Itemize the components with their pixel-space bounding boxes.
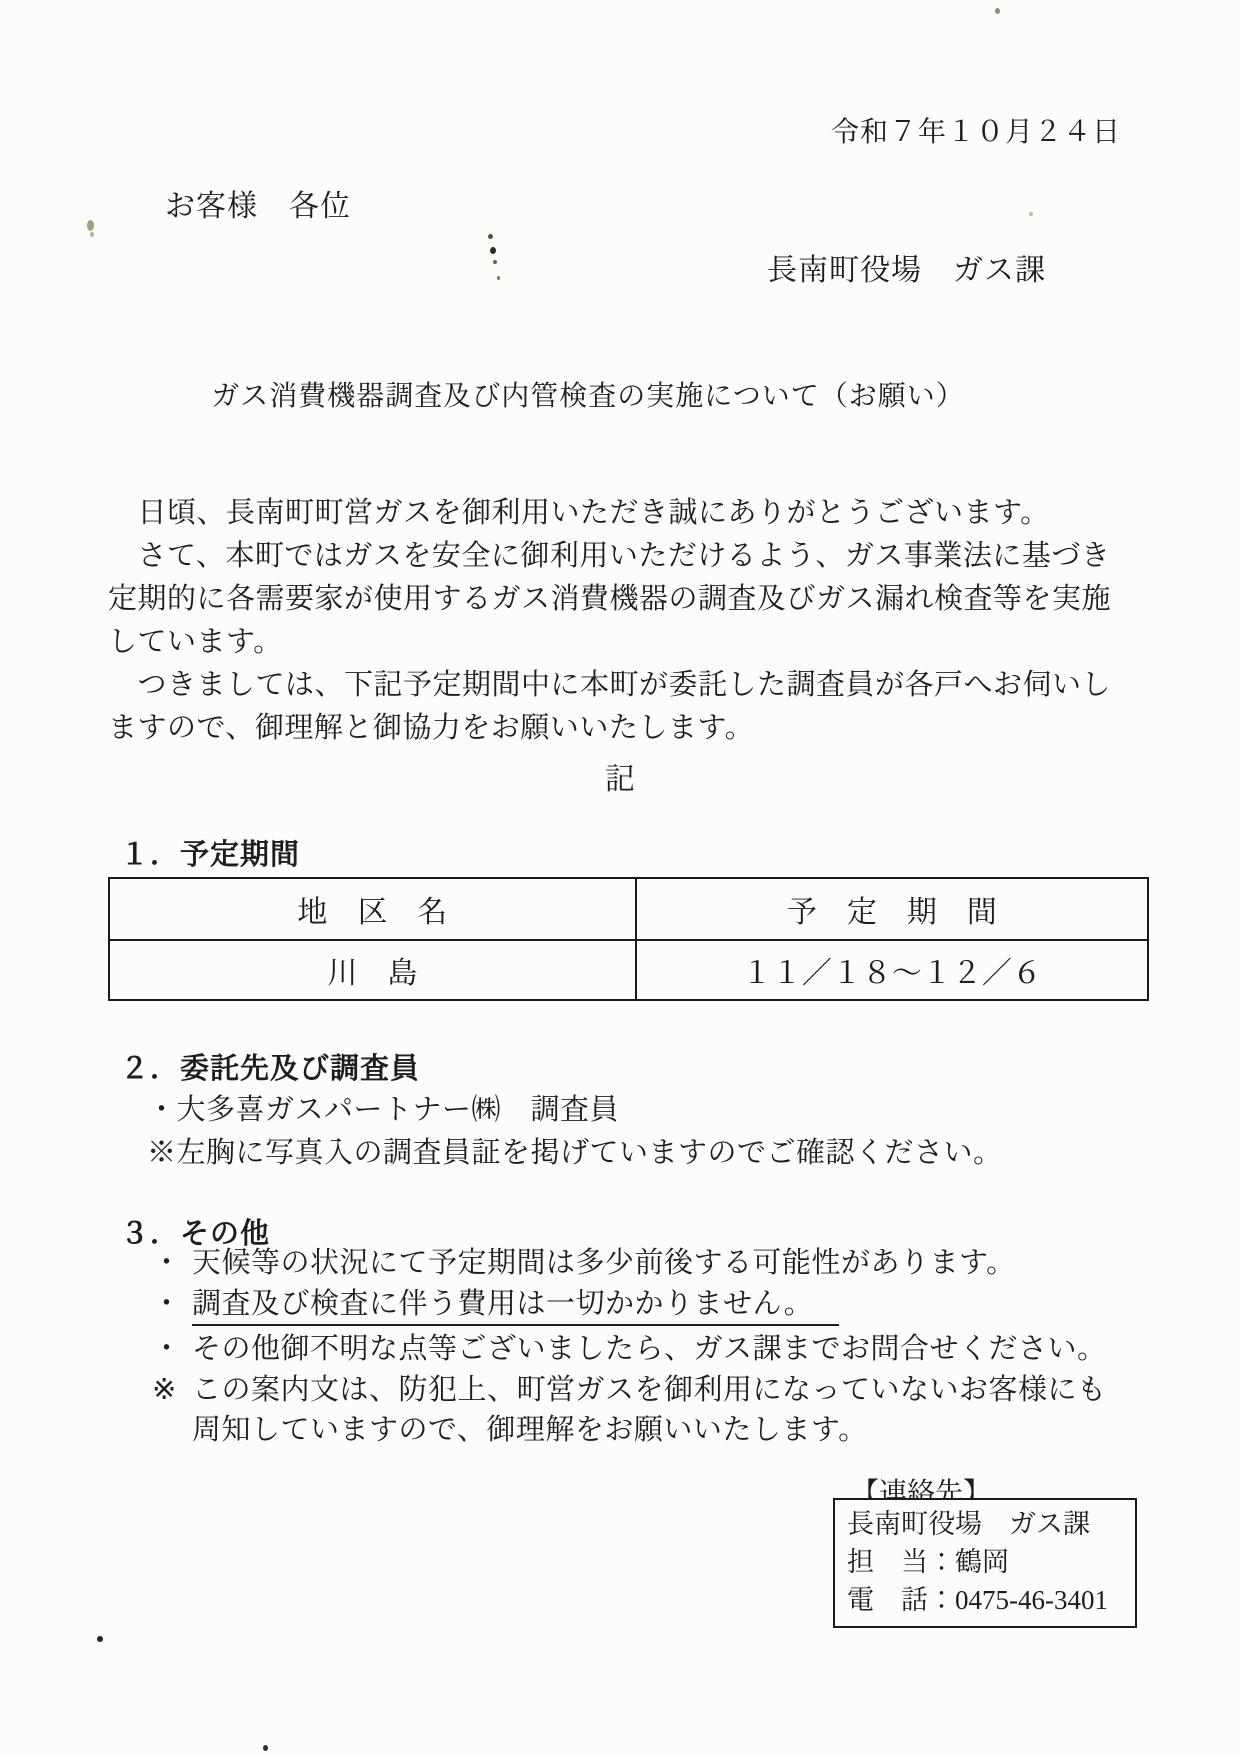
body-line: 日頃、長南町町営ガスを御利用いただき誠にありがとうございます。 bbox=[108, 492, 1112, 535]
body-line: つきましては、下記予定期間中に本町が委託した調査員が各戸へお伺いし bbox=[108, 664, 1112, 707]
contact-line: 担 当：鶴岡 bbox=[847, 1543, 1131, 1581]
schedule-table: 地 区 名 予 定 期 間 川 島 １１／１８～１２／６ bbox=[108, 877, 1149, 1001]
table-header-row: 地 区 名 予 定 期 間 bbox=[109, 878, 1148, 940]
scan-speck bbox=[488, 234, 493, 239]
table-row: 川 島 １１／１８～１２／６ bbox=[109, 940, 1148, 1000]
scan-speck bbox=[995, 8, 1000, 14]
column-header-district: 地 区 名 bbox=[109, 878, 636, 940]
scan-speck bbox=[1029, 212, 1033, 216]
list-item-text: その他御不明な点等ございましたら、ガス課までお問合せください。 bbox=[192, 1331, 1107, 1367]
body-line: 定期的に各需要家が使用するガス消費機器の調査及びガス漏れ検査等を実施 bbox=[108, 578, 1112, 621]
scan-speck bbox=[90, 232, 94, 237]
list-item: ・ 調査及び検査に伴う費用は一切かかりません。 bbox=[152, 1286, 1152, 1326]
section-1-heading: １．予定期間 bbox=[120, 832, 300, 873]
recipient-line: お客様 各位 bbox=[165, 181, 351, 225]
list-item: ※左胸に写真入の調査員証を掲げていますのでご確認ください。 bbox=[147, 1132, 1003, 1175]
contact-line: 電 話：0475-46-3401 bbox=[847, 1581, 1131, 1619]
document-date: 令和７年１０月２４日 bbox=[0, 110, 1121, 150]
list-item: ・ 天候等の状況にて予定期間は多少前後する可能性があります。 bbox=[152, 1245, 1152, 1281]
bullet-marker: ・ bbox=[152, 1331, 192, 1367]
list-item-text: 調査及び検査に伴う費用は一切かかりません。 bbox=[192, 1286, 839, 1326]
scan-speck bbox=[490, 247, 496, 254]
document-title: ガス消費機器調査及び内管検査の実施について（お願い） bbox=[0, 374, 1176, 414]
list-item: ・ その他御不明な点等ございましたら、ガス課までお問合せください。 bbox=[152, 1331, 1152, 1367]
sender-line: 長南町役場 ガス課 bbox=[767, 245, 1046, 289]
section-2-heading: ２．委託先及び調査員 bbox=[120, 1046, 420, 1087]
bullet-marker: ・ bbox=[152, 1286, 192, 1322]
bullet-marker: ・ bbox=[152, 1245, 192, 1281]
body-line: ますので、御理解と御協力をお願いいたします。 bbox=[108, 707, 1112, 750]
scan-speck bbox=[263, 1745, 268, 1751]
scan-speck bbox=[87, 220, 94, 231]
body-line: さて、本町ではガスを安全に御利用いただけるよう、ガス事業法に基づき bbox=[108, 535, 1112, 578]
scan-speck bbox=[97, 1636, 103, 1642]
list-item-text: この案内文は、防犯上、町営ガスを御利用になっていないお客様にも bbox=[192, 1372, 1107, 1408]
section-3-items: ・ 天候等の状況にて予定期間は多少前後する可能性があります。 ・ 調査及び検査に… bbox=[152, 1245, 1152, 1453]
list-item: ※ この案内文は、防犯上、町営ガスを御利用になっていないお客様にも bbox=[152, 1372, 1152, 1408]
column-header-period: 予 定 期 間 bbox=[636, 878, 1148, 940]
ki-marker: 記 bbox=[0, 754, 1240, 798]
body-line: しています。 bbox=[108, 621, 1112, 664]
bullet-marker: ※ bbox=[152, 1372, 192, 1408]
list-item: 周知していますので、御理解をお願いいたします。 bbox=[152, 1412, 1152, 1448]
section-2-items: ・大多喜ガスパートナー㈱ 調査員※左胸に写真入の調査員証を掲げていますのでご確認… bbox=[147, 1089, 1003, 1175]
body-paragraphs: 日頃、長南町町営ガスを御利用いただき誠にありがとうございます。 さて、本町ではガ… bbox=[108, 492, 1112, 750]
list-item-text: 天候等の状況にて予定期間は多少前後する可能性があります。 bbox=[192, 1245, 1016, 1281]
list-item-text: 周知していますので、御理解をお願いいたします。 bbox=[192, 1412, 868, 1448]
contact-line: 長南町役場 ガス課 bbox=[847, 1505, 1131, 1543]
scan-speck bbox=[493, 260, 497, 264]
list-item: ・大多喜ガスパートナー㈱ 調査員 bbox=[147, 1089, 1003, 1132]
scan-speck bbox=[497, 276, 500, 280]
district-cell: 川 島 bbox=[109, 940, 636, 1000]
scanned-letter-page: 令和７年１０月２４日 お客様 各位 長南町役場 ガス課 ガス消費機器調査及び内管… bbox=[0, 0, 1240, 1753]
period-cell: １１／１８～１２／６ bbox=[636, 940, 1148, 1000]
contact-box: 長南町役場 ガス課担 当：鶴岡電 話：0475-46-3401 bbox=[833, 1498, 1137, 1628]
